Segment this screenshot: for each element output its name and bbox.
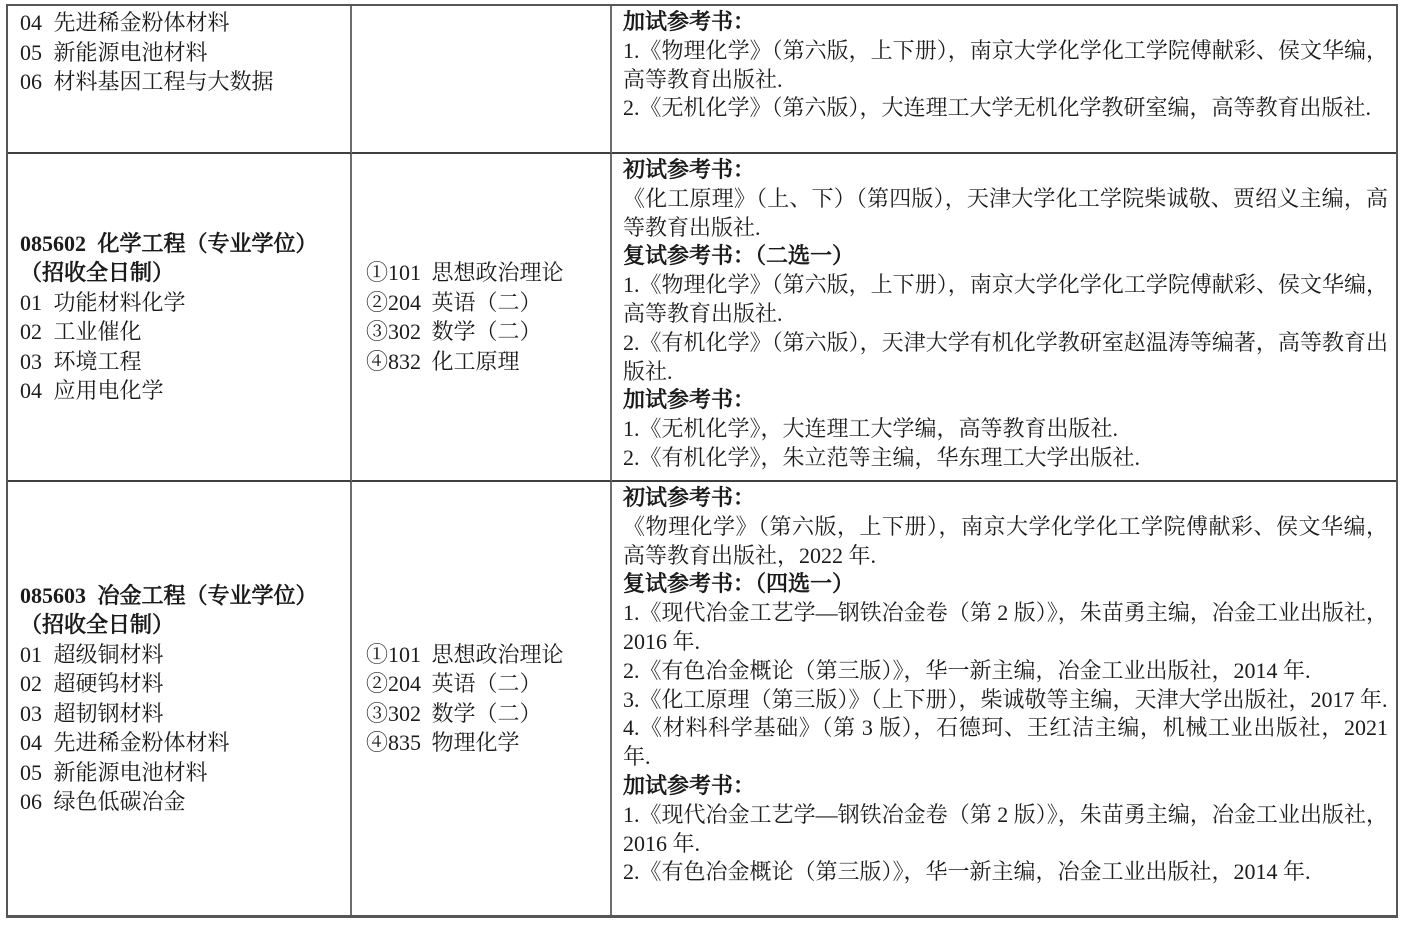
program-enrollment-note: （招收全日制） [20,258,344,288]
cell-subjects-row1-empty [352,6,612,154]
research-direction: 02 超硬钨材料 [20,669,344,699]
ref-book-item: 1.《现代冶金工艺学—钢铁冶金卷（第 2 版）》，朱苗勇主编，冶金工业出版社，2… [623,801,1388,859]
ref-book-item: 《物理化学》（第六版，上下册），南京大学化学化工学院傅献彩、侯文华编，高等教育出… [623,513,1388,571]
research-direction: 05 新能源电池材料 [20,758,344,788]
cell-subjects-row2: ①101 思想政治理论 ②204 英语（二） ③302 数学（二） ④832 化… [352,154,612,482]
program-code-title: 085602 化学工程（专业学位） [20,229,344,259]
ref-book-item: 2.《有色冶金概论（第三版）》，华一新主编，冶金工业出版社，2014 年. [623,657,1388,686]
exam-subject: ①101 思想政治理论 [366,258,610,288]
exam-subject: ③302 数学（二） [366,699,610,729]
exam-subject: ②204 英语（二） [366,288,610,318]
cell-references-row2: 初试参考书： 《化工原理》（上、下）（第四版），天津大学化工学院柴诚敬、贾绍义主… [612,154,1396,482]
ref-book-item: 3.《化工原理（第三版）》（上下册），柴诚敬等主编，天津大学出版社，2017 年… [623,686,1388,715]
cell-program-row2: 085602 化学工程（专业学位） （招收全日制） 01 功能材料化学 02 工… [8,154,352,482]
research-direction: 01 超级铜材料 [20,640,344,670]
research-direction: 02 工业催化 [20,317,344,347]
cell-program-row1: 04 先进稀金粉体材料 05 新能源电池材料 06 材料基因工程与大数据 [8,6,352,154]
ref-section-heading: 加试参考书： [623,386,1388,415]
program-code-title: 085603 冶金工程（专业学位） [20,581,344,611]
ref-book-item: 2.《有机化学》，朱立范等主编，华东理工大学出版社. [623,444,1388,473]
ref-section-heading: 初试参考书： [623,156,1388,185]
cell-subjects-row3: ①101 思想政治理论 ②204 英语（二） ③302 数学（二） ④835 物… [352,482,612,915]
ref-book-item: 《化工原理》（上、下）（第四版），天津大学化工学院柴诚敬、贾绍义主编，高等教育出… [623,185,1388,243]
ref-book-item: 1.《无机化学》，大连理工大学编，高等教育出版社. [623,415,1388,444]
ref-book-item: 1.《现代冶金工艺学—钢铁冶金卷（第 2 版）》，朱苗勇主编，冶金工业出版社，2… [623,599,1388,657]
exam-subject: ④835 物理化学 [366,728,610,758]
exam-subject: ②204 英语（二） [366,669,610,699]
ref-section-heading: 复试参考书：（四选一） [623,570,1388,599]
research-direction: 04 应用电化学 [20,376,344,406]
ref-book-item: 4.《材料科学基础》（第 3 版），石德珂、王红洁主编，机械工业出版社，2021… [623,714,1388,772]
research-direction: 03 环境工程 [20,347,344,377]
ref-book-item: 1.《物理化学》（第六版，上下册），南京大学化学化工学院傅献彩、侯文华编，高等教… [623,271,1388,329]
research-direction: 03 超韧钢材料 [20,699,344,729]
research-direction: 01 功能材料化学 [20,288,344,318]
exam-subject: ④832 化工原理 [366,347,610,377]
ref-section-heading: 加试参考书： [623,772,1388,801]
ref-book-item: 2.《有色冶金概论（第三版）》，华一新主编，冶金工业出版社，2014 年. [623,858,1388,887]
admissions-reference-table: 04 先进稀金粉体材料 05 新能源电池材料 06 材料基因工程与大数据 加试参… [6,4,1398,918]
research-direction: 06 材料基因工程与大数据 [20,67,344,97]
ref-section-heading: 复试参考书：（二选一） [623,242,1388,271]
ref-book-item: 1.《物理化学》（第六版，上下册），南京大学化学化工学院傅献彩、侯文华编，高等教… [623,37,1388,95]
ref-section-heading: 初试参考书： [623,484,1388,513]
research-direction: 04 先进稀金粉体材料 [20,728,344,758]
cell-program-row3: 085603 冶金工程（专业学位） （招收全日制） 01 超级铜材料 02 超硬… [8,482,352,915]
ref-book-item: 2.《无机化学》（第六版），大连理工大学无机化学教研室编，高等教育出版社. [623,94,1388,123]
ref-section-heading: 加试参考书： [623,8,1388,37]
research-direction: 04 先进稀金粉体材料 [20,8,344,38]
exam-subject: ①101 思想政治理论 [366,640,610,670]
research-direction: 05 新能源电池材料 [20,38,344,68]
exam-subject: ③302 数学（二） [366,317,610,347]
program-enrollment-note: （招收全日制） [20,610,344,640]
research-direction: 06 绿色低碳冶金 [20,787,344,817]
cell-references-row3: 初试参考书： 《物理化学》（第六版，上下册），南京大学化学化工学院傅献彩、侯文华… [612,482,1396,915]
ref-book-item: 2.《有机化学》（第六版），天津大学有机化学教研室赵温涛等编著，高等教育出版社. [623,329,1388,387]
cell-references-row1: 加试参考书： 1.《物理化学》（第六版，上下册），南京大学化学化工学院傅献彩、侯… [612,6,1396,154]
